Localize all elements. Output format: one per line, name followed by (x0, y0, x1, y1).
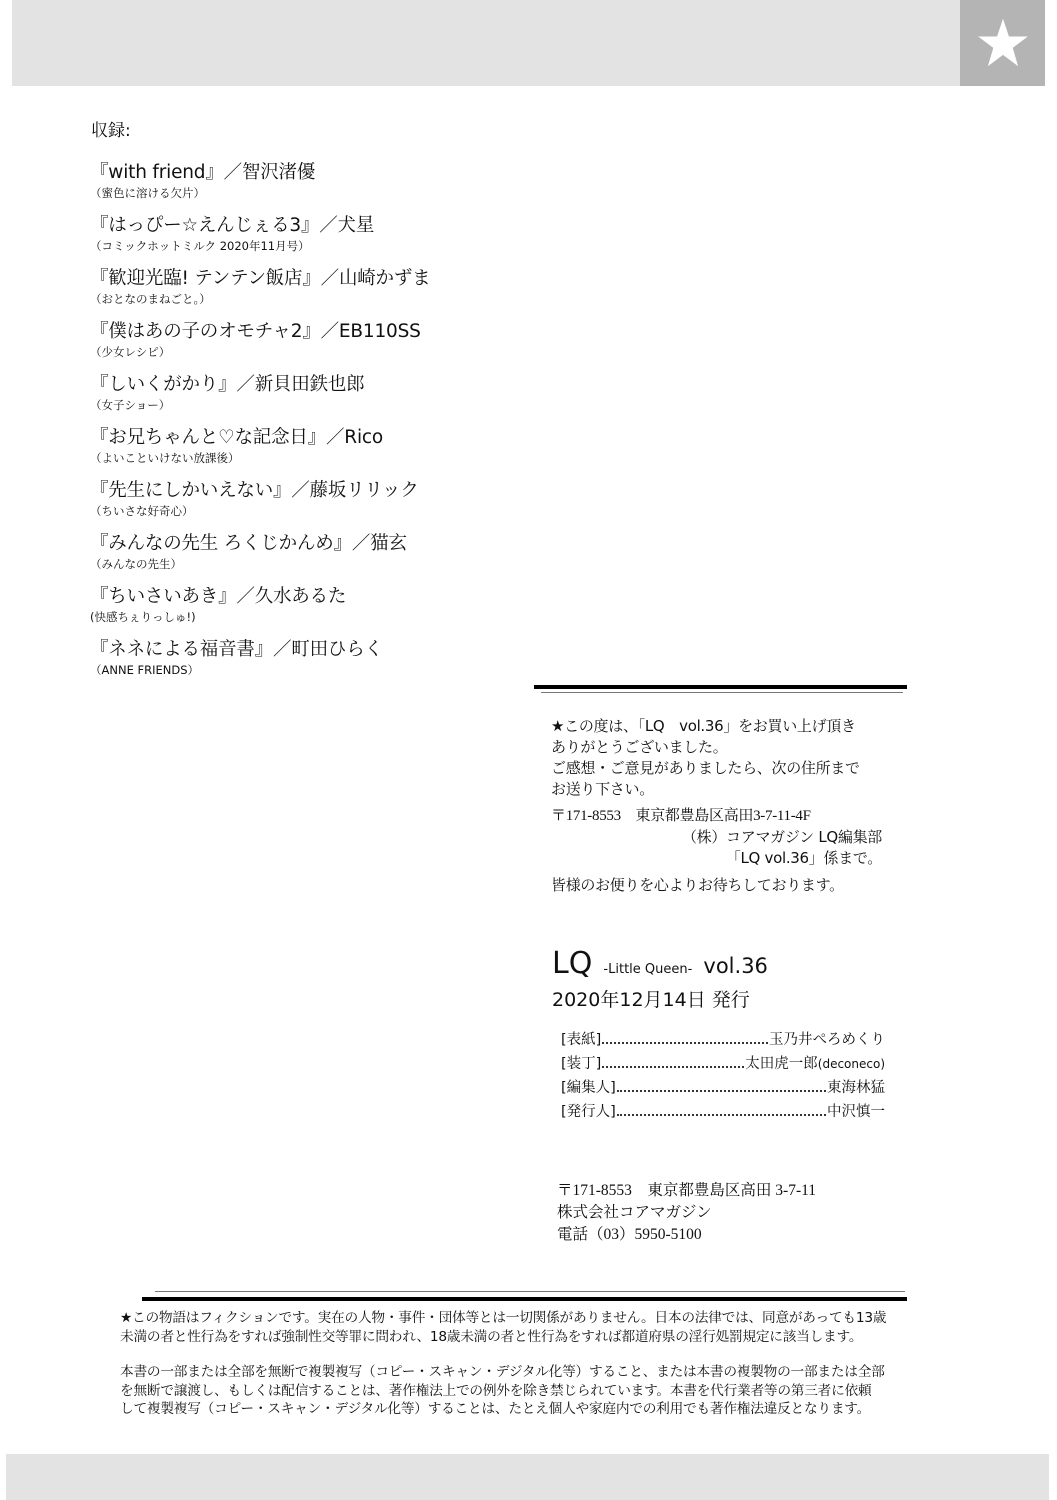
entry-title: 『ネネによる福音書』／町田ひらく (90, 638, 430, 662)
entry-title: 『はっぴー☆えんじぇる3』／犬星 (90, 214, 430, 238)
magazine-volume: vol.36 (703, 954, 768, 978)
publisher-info: 〒171-8553 東京都豊島区高田 3-7-11 株式会社コアマガジン 電話（… (557, 1180, 816, 1246)
thanks-closing: 皆様のお便りを心よりお待ちしております。 (551, 875, 882, 896)
entry-title: 『僕はあの子のオモチャ2』／EB110SS (90, 320, 430, 344)
publisher-company: 株式会社コアマガジン (557, 1202, 816, 1224)
thanks-line: ★この度は、「LQ vol.36」をお買い上げ頂き (551, 716, 882, 737)
entry-source: （よいこといけない放課後） (90, 450, 430, 466)
entry-source: （コミックホットミルク 2020年11月号） (90, 238, 430, 254)
entry-source: （蜜色に溶ける欠片） (90, 185, 430, 201)
credit-row: [表紙] 玉乃井ぺろめくり (561, 1028, 885, 1052)
entry-title: 『ちいさいあき』／久水あるた (90, 585, 430, 609)
publication-date: 2020年12月14日 発行 (552, 985, 885, 1012)
star-icon (976, 16, 1030, 70)
credit-role: [表紙] (561, 1028, 601, 1052)
divider-thin (155, 1291, 905, 1292)
entry-source: （ちいさな好奇心） (90, 503, 430, 519)
entry-source: （女子ショー） (90, 397, 430, 413)
divider-thick (534, 685, 907, 689)
leader-dots (617, 1090, 826, 1092)
magazine-subtitle: -Little Queen- (603, 962, 692, 977)
contents-entry: 『ネネによる福音書』／町田ひらく （ANNE FRIENDS） (90, 638, 430, 678)
contents-entry: 『お兄ちゃんと♡な記念日』／Rico （よいこといけない放課後） (90, 426, 430, 466)
thanks-line: ありがとうございました。 (551, 737, 882, 758)
entry-source: （おとなのまねごと。） (90, 291, 430, 307)
reader-thanks-block: ★この度は、「LQ vol.36」をお買い上げ頂き ありがとうございました。 ご… (551, 716, 882, 896)
credit-role: [発行人] (561, 1100, 616, 1124)
contents-list: 収録: 『with friend』／智沢渚優 （蜜色に溶ける欠片） 『はっぴー☆… (90, 116, 430, 691)
entry-title: 『お兄ちゃんと♡な記念日』／Rico (90, 426, 430, 450)
contents-entry: 『はっぴー☆えんじぇる3』／犬星 （コミックホットミルク 2020年11月号） (90, 214, 430, 254)
credit-row: [装丁] 太田虎一郎(deconeco) (561, 1052, 885, 1076)
magazine-name: LQ (552, 946, 592, 981)
credits-list: [表紙] 玉乃井ぺろめくり [装丁] 太田虎一郎(deconeco) [編集人]… (561, 1028, 885, 1124)
credit-name: 玉乃井ぺろめくり (769, 1028, 885, 1052)
entry-title: 『しいくがかり』／新貝田鉄也郎 (90, 373, 430, 397)
publisher-address: 〒171-8553 東京都豊島区高田 3-7-11 (557, 1180, 816, 1202)
star-badge (960, 0, 1045, 86)
mailing-address: 〒171-8553 東京都豊島区高田3-7-11-4F (551, 806, 882, 827)
entry-title: 『with friend』／智沢渚優 (90, 161, 430, 185)
leader-dots (617, 1114, 826, 1116)
copyright-notice: 本書の一部または全部を無断で複製複写（コピー・スキャン・デジタル化等）すること、… (120, 1363, 886, 1419)
credit-row: [発行人] 中沢慎一 (561, 1100, 885, 1124)
contents-entry: 『しいくがかり』／新貝田鉄也郎 （女子ショー） (90, 373, 430, 413)
credit-name: 太田虎一郎(deconeco) (745, 1052, 885, 1076)
entry-source: （ANNE FRIENDS） (90, 662, 430, 678)
credit-role: [装丁] (561, 1052, 601, 1076)
credit-name: 東海林猛 (827, 1076, 885, 1100)
credit-name: 中沢慎一 (827, 1100, 885, 1124)
thanks-line: お送り下さい。 (551, 779, 882, 800)
thanks-line: ご感想・ご意見がありましたら、次の住所まで (551, 758, 882, 779)
credit-row: [編集人] 東海林猛 (561, 1076, 885, 1100)
fiction-notice: ★この物語はフィクションです。実在の人物・事件・団体等とは一切関係がありません。… (120, 1309, 886, 1346)
credit-role: [編集人] (561, 1076, 616, 1100)
mailing-attention: 「LQ vol.36」係まで。 (551, 848, 882, 869)
contents-entry: 『僕はあの子のオモチャ2』／EB110SS （少女レシピ） (90, 320, 430, 360)
entry-title: 『みんなの先生 ろくじかんめ』／猫玄 (90, 532, 430, 556)
colophon: LQ -Little Queen- vol.36 2020年12月14日 発行 … (552, 946, 885, 1124)
entry-source: （少女レシピ） (90, 344, 430, 360)
leader-dots (602, 1042, 768, 1044)
divider-thick (142, 1297, 907, 1301)
leader-dots (602, 1066, 744, 1068)
footer-bar (6, 1454, 1049, 1500)
header-bar (12, 0, 960, 86)
contents-heading: 収録: (91, 116, 430, 141)
contents-entry: 『with friend』／智沢渚優 （蜜色に溶ける欠片） (90, 161, 430, 201)
contents-entry: 『ちいさいあき』／久水あるた (快感ちぇりっしゅ!) (90, 585, 430, 625)
entry-title: 『歓迎光臨! テンテン飯店』／山崎かずま (90, 267, 430, 291)
publisher-phone: 電話（03）5950-5100 (557, 1224, 816, 1246)
divider-thin (541, 692, 903, 693)
mailing-department: （株）コアマガジン LQ編集部 (551, 827, 882, 848)
contents-entry: 『みんなの先生 ろくじかんめ』／猫玄 （みんなの先生） (90, 532, 430, 572)
magazine-title: LQ -Little Queen- vol.36 (552, 946, 885, 981)
contents-entry: 『歓迎光臨! テンテン飯店』／山崎かずま （おとなのまねごと。） (90, 267, 430, 307)
legal-disclaimer: ★この物語はフィクションです。実在の人物・事件・団体等とは一切関係がありません。… (120, 1309, 886, 1436)
entry-title: 『先生にしかいえない』／藤坂リリック (90, 479, 430, 503)
entry-source: （みんなの先生） (90, 556, 430, 572)
contents-entry: 『先生にしかいえない』／藤坂リリック （ちいさな好奇心） (90, 479, 430, 519)
entry-source: (快感ちぇりっしゅ!) (90, 609, 430, 625)
